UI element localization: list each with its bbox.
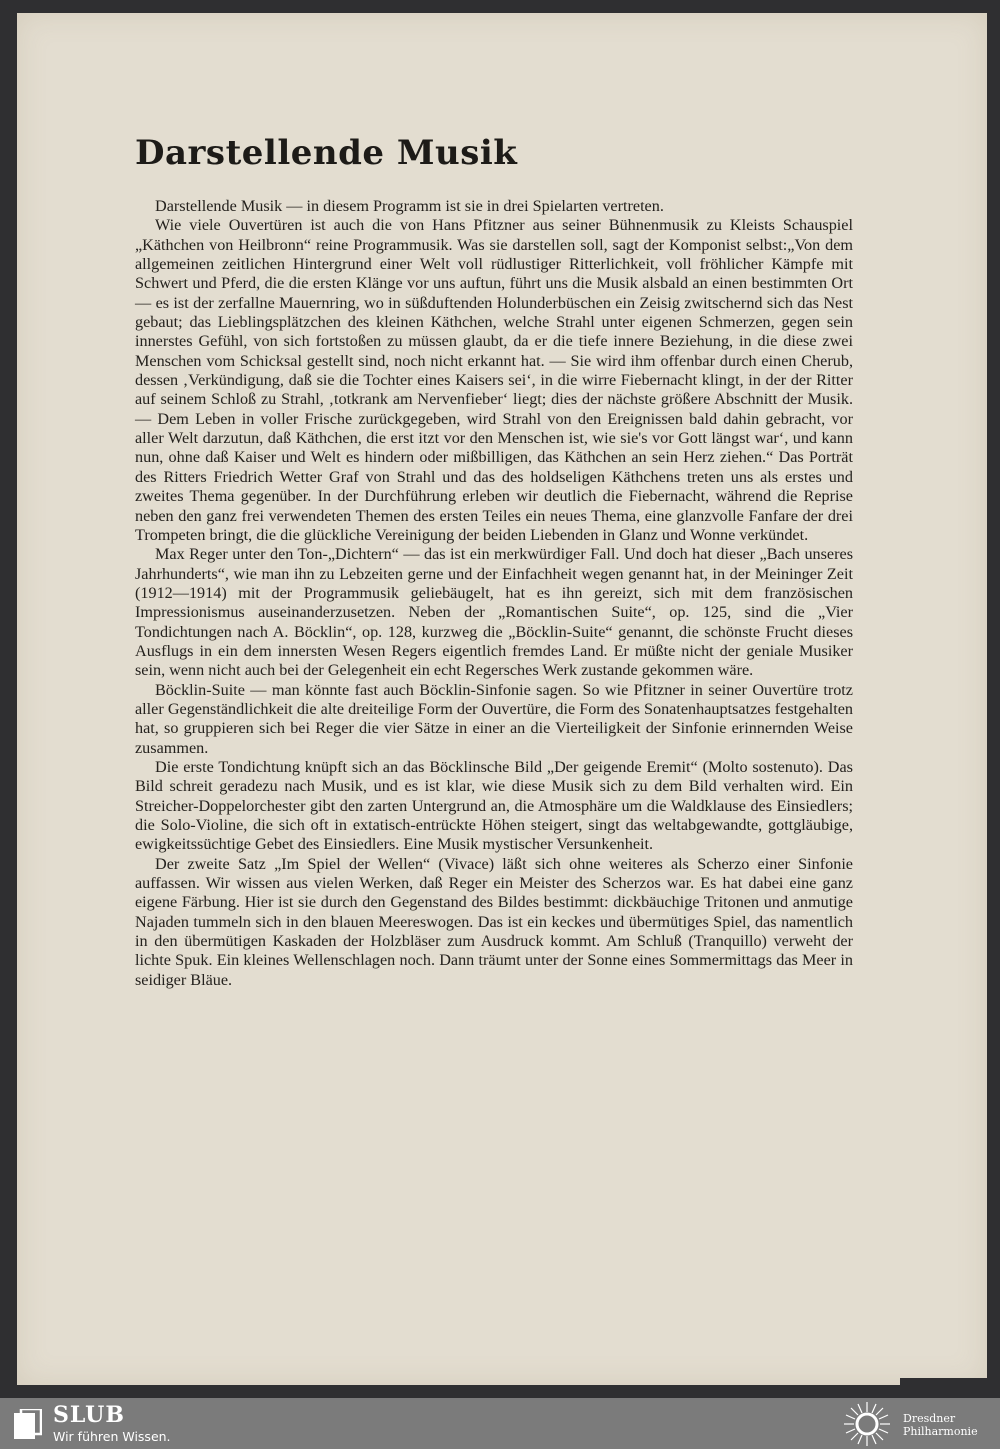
philharmonie-name-line2: Philharmonie	[903, 1425, 978, 1438]
book-pages-icon	[14, 1409, 42, 1439]
paragraph: Wie viele Ouvertüren ist auch die von Ha…	[135, 216, 853, 545]
sunburst-ring-icon[interactable]	[843, 1401, 891, 1447]
paragraph: Der zweite Satz „Im Spiel der Wellen“ (V…	[135, 855, 853, 990]
slub-wordmark[interactable]: SLUB	[53, 1402, 125, 1428]
slub-tagline: Wir führen Wissen.	[53, 1429, 171, 1444]
paragraph: Die erste Tondichtung knüpft sich an das…	[135, 758, 853, 855]
paragraph: Darstellende Musik — in diesem Programm …	[135, 197, 853, 216]
page-title: Darstellende Musik	[135, 133, 517, 173]
philharmonie-wordmark[interactable]: Dresdner Philharmonie	[903, 1412, 978, 1438]
article-body: Darstellende Musik — in diesem Programm …	[135, 197, 853, 990]
philharmonie-name-line1: Dresdner	[903, 1412, 978, 1425]
footer-bar: SLUB Wir führen Wissen. Dresdner Philhar…	[0, 1398, 1000, 1449]
paragraph: Böcklin-Suite — man könnte fast auch Böc…	[135, 681, 853, 758]
paper-edge-notch	[900, 1378, 987, 1385]
scanned-page: Darstellende Musik Darstellende Musik — …	[17, 13, 987, 1385]
paragraph: Max Reger unter den Ton-„Dichtern“ — das…	[135, 545, 853, 680]
